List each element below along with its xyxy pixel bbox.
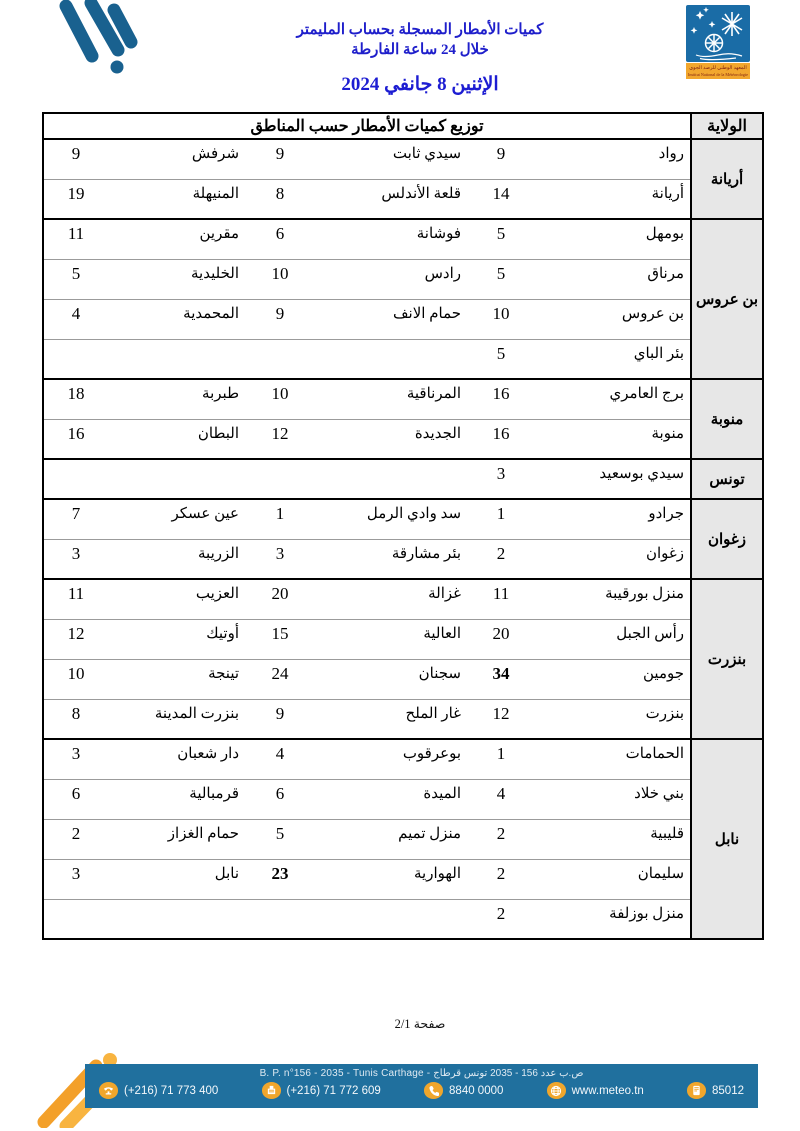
footer-address: B. P. n°156 - 2035 - Tunis Carthage - ص.…: [85, 1064, 758, 1079]
table-row: أريانةرواد9سيدي ثابت9شرفش9: [43, 139, 763, 179]
station-name-cell: منوبة: [535, 419, 691, 459]
station-name-cell: المنيهلة: [108, 179, 245, 219]
station-name-cell: الحمامات: [535, 739, 691, 779]
rainfall-value-cell: 3: [467, 459, 535, 499]
rainfall-report-page: { "header": { "title_line1": "كميات الأم…: [0, 0, 800, 1131]
station-name-cell: بئر الباي: [535, 339, 691, 379]
rainfall-value-cell: 1: [245, 499, 315, 539]
rainfall-value-cell: 10: [467, 299, 535, 339]
rainfall-table: الولاية توزيع كميات الأمطار حسب المناطق …: [42, 112, 764, 940]
rainfall-value-cell: 6: [245, 779, 315, 819]
contact-text: 8840 0000: [449, 1085, 503, 1097]
table-row: زغوان2بئر مشارقة3الزريبة3: [43, 539, 763, 579]
station-name-cell: رواد: [535, 139, 691, 179]
table-row: منوبة16الجديدة12البطان16: [43, 419, 763, 459]
station-name-cell: أوتيك: [108, 619, 245, 659]
table-row: قليبية2منزل تميم5حمام الغزاز2: [43, 819, 763, 859]
station-name-cell: بئر مشارقة: [315, 539, 467, 579]
station-name-cell: جرادو: [535, 499, 691, 539]
table-row: منزل بوزلفة2: [43, 899, 763, 939]
station-name-cell: المرناقية: [315, 379, 467, 419]
station-name-cell: سجنان: [315, 659, 467, 699]
table-row: بنزرتمنزل بورقيبة11غزالة20العزيب11: [43, 579, 763, 619]
station-name-cell: برج العامري: [535, 379, 691, 419]
station-name-cell: مقرين: [108, 219, 245, 259]
station-name-cell: قرمبالية: [108, 779, 245, 819]
station-name-cell: بني خلاد: [535, 779, 691, 819]
contact-text: 85012: [712, 1085, 744, 1097]
rainfall-value-cell: 2: [43, 819, 108, 859]
rainfall-value-cell: 1: [467, 739, 535, 779]
rainfall-value-cell: 1: [467, 499, 535, 539]
station-name-cell: شرفش: [108, 139, 245, 179]
station-name-cell: [315, 339, 467, 379]
rainfall-value-cell: 16: [467, 419, 535, 459]
fax-icon: [262, 1082, 281, 1099]
rainfall-value-cell: 6: [43, 779, 108, 819]
table-row: نابلالحمامات1بوعرقوب4دار شعبان3: [43, 739, 763, 779]
station-name-cell: طبربة: [108, 379, 245, 419]
table-row: تونسسيدي بوسعيد3: [43, 459, 763, 499]
rainfall-value-cell: 2: [467, 859, 535, 899]
station-name-cell: غار الملح: [315, 699, 467, 739]
footer-address-french: B. P. n°156 - 2035 - Tunis Carthage -: [260, 1068, 434, 1079]
station-name-cell: حمام الغزاز: [108, 819, 245, 859]
station-name-cell: الهوارية: [315, 859, 467, 899]
rainfall-value-cell: 9: [245, 139, 315, 179]
station-name-cell: بوعرقوب: [315, 739, 467, 779]
rainfall-value-cell: 11: [43, 579, 108, 619]
rainfall-value-cell: 3: [43, 859, 108, 899]
station-name-cell: أريانة: [535, 179, 691, 219]
rainfall-value-cell: 16: [467, 379, 535, 419]
rainfall-value-cell: 2: [467, 819, 535, 859]
report-title-line2: خلال 24 ساعة الفارطة: [170, 40, 670, 60]
globe-icon: [547, 1082, 566, 1099]
rainfall-value-cell: 5: [467, 259, 535, 299]
table-row: زغوانجرادو1سد وادي الرمل1عين عسكر7: [43, 499, 763, 539]
governorate-cell: بنزرت: [691, 579, 763, 739]
rainfall-value-cell: 34: [467, 659, 535, 699]
rainfall-value-cell: 16: [43, 419, 108, 459]
governorate-cell: تونس: [691, 459, 763, 499]
rainfall-value-cell: [245, 899, 315, 939]
table-row: سليمان2الهوارية23نابل3: [43, 859, 763, 899]
station-name-cell: البطان: [108, 419, 245, 459]
rainfall-value-cell: 9: [245, 699, 315, 739]
table-row: بنزرت12غار الملح9بنزرت المدينة8: [43, 699, 763, 739]
rainfall-value-cell: 8: [245, 179, 315, 219]
rainfall-value-cell: 24: [245, 659, 315, 699]
rainfall-value-cell: 10: [43, 659, 108, 699]
governorate-cell: بن عروس: [691, 219, 763, 379]
station-name-cell: تينجة: [108, 659, 245, 699]
table-row: جومين34سجنان24تينجة10: [43, 659, 763, 699]
contact-text: (+216) 71 773 400: [124, 1085, 218, 1097]
rainfall-value-cell: 20: [245, 579, 315, 619]
station-name-cell: الجديدة: [315, 419, 467, 459]
governorate-cell: زغوان: [691, 499, 763, 579]
table-row: أريانة14قلعة الأندلس8المنيهلة19: [43, 179, 763, 219]
footer-contact-item: (+216) 71 772 609: [262, 1082, 381, 1099]
rainfall-value-cell: 2: [467, 899, 535, 939]
rainfall-value-cell: 4: [43, 299, 108, 339]
logo-caption-french: Institut National de la Météorologie: [688, 72, 748, 77]
station-name-cell: بنزرت: [535, 699, 691, 739]
station-name-cell: سليمان: [535, 859, 691, 899]
table-row: مرناق5رادس10الخليدية5: [43, 259, 763, 299]
rainfall-value-cell: 4: [467, 779, 535, 819]
rainfall-value-cell: 4: [245, 739, 315, 779]
station-name-cell: منزل تميم: [315, 819, 467, 859]
rainfall-value-cell: 18: [43, 379, 108, 419]
station-name-cell: الميدة: [315, 779, 467, 819]
logo-dot: [111, 61, 124, 74]
table-row: منوبةبرج العامري16المرناقية10طبربة18: [43, 379, 763, 419]
station-name-cell: [315, 459, 467, 499]
rainfall-value-cell: 8: [43, 699, 108, 739]
rainfall-value-cell: 19: [43, 179, 108, 219]
footer-contact-item: 8840 0000: [424, 1082, 503, 1099]
table-row: بئر الباي5: [43, 339, 763, 379]
station-name-cell: بن عروس: [535, 299, 691, 339]
rainfall-value-cell: 5: [467, 219, 535, 259]
station-name-cell: زغوان: [535, 539, 691, 579]
table-row: بني خلاد4الميدة6قرمبالية6: [43, 779, 763, 819]
page-number-label: صفحة 2/1: [0, 1016, 800, 1032]
rainfall-value-cell: 11: [43, 219, 108, 259]
station-name-cell: عين عسكر: [108, 499, 245, 539]
rainfall-value-cell: 11: [467, 579, 535, 619]
station-name-cell: حمام الانف: [315, 299, 467, 339]
station-name-cell: قلعة الأندلس: [315, 179, 467, 219]
report-title-line1: كميات الأمطار المسجلة بحساب المليمتر: [170, 20, 670, 40]
rainfall-value-cell: 9: [43, 139, 108, 179]
rainfall-value-cell: 15: [245, 619, 315, 659]
station-name-cell: دار شعبان: [108, 739, 245, 779]
station-name-cell: بنزرت المدينة: [108, 699, 245, 739]
station-name-cell: غزالة: [315, 579, 467, 619]
report-header: كميات الأمطار المسجلة بحساب المليمتر خلا…: [170, 20, 670, 96]
rainfall-value-cell: 20: [467, 619, 535, 659]
logo-caption-arabic: المعهد الوطني للرصد الجوي: [689, 65, 747, 71]
governorate-cell: منوبة: [691, 379, 763, 459]
contact-text: www.meteo.tn: [572, 1085, 644, 1097]
rainfall-value-cell: 5: [43, 259, 108, 299]
station-name-cell: نابل: [108, 859, 245, 899]
rainfall-value-cell: 23: [245, 859, 315, 899]
station-name-cell: فوشانة: [315, 219, 467, 259]
rainfall-value-cell: 6: [245, 219, 315, 259]
governorate-cell: أريانة: [691, 139, 763, 219]
station-name-cell: رأس الجبل: [535, 619, 691, 659]
station-name-cell: العزيب: [108, 579, 245, 619]
table-row: رأس الجبل20العالية15أوتيك12: [43, 619, 763, 659]
station-name-cell: منزل بوزلفة: [535, 899, 691, 939]
station-name-cell: الزريبة: [108, 539, 245, 579]
rainfall-value-cell: 12: [467, 699, 535, 739]
table-row: بن عروسبومهل5فوشانة6مقرين11: [43, 219, 763, 259]
footer-contact-item: 85012: [687, 1082, 744, 1099]
footer-contact-item: www.meteo.tn: [547, 1082, 644, 1099]
station-name-cell: العالية: [315, 619, 467, 659]
sms-icon: [687, 1082, 706, 1099]
rainfall-table-container: الولاية توزيع كميات الأمطار حسب المناطق …: [42, 112, 764, 940]
station-name-cell: سيدي ثابت: [315, 139, 467, 179]
station-name-cell: رادس: [315, 259, 467, 299]
rainfall-value-cell: [245, 459, 315, 499]
station-name-cell: مرناق: [535, 259, 691, 299]
footer-band: B. P. n°156 - 2035 - Tunis Carthage - ص.…: [85, 1064, 758, 1108]
rainfall-value-cell: 9: [467, 139, 535, 179]
station-name-cell: سد وادي الرمل: [315, 499, 467, 539]
table-header-row: الولاية توزيع كميات الأمطار حسب المناطق: [43, 113, 763, 139]
rainfall-value-cell: [245, 339, 315, 379]
phone-handset-icon: [424, 1082, 443, 1099]
telephone-icon: [99, 1082, 118, 1099]
station-name-cell: [108, 339, 245, 379]
rainfall-value-cell: 2: [467, 539, 535, 579]
footer-contacts: (+216) 71 773 400(+216) 71 772 6098840 0…: [85, 1079, 758, 1099]
rainfall-value-cell: 5: [245, 819, 315, 859]
rainfall-value-cell: [43, 339, 108, 379]
distribution-header: توزيع كميات الأمطار حسب المناطق: [43, 113, 691, 139]
table-row: بن عروس10حمام الانف9المحمدية4: [43, 299, 763, 339]
rainfall-value-cell: 9: [245, 299, 315, 339]
rainfall-value-cell: 3: [43, 739, 108, 779]
station-name-cell: جومين: [535, 659, 691, 699]
station-name-cell: الخليدية: [108, 259, 245, 299]
station-name-cell: [108, 459, 245, 499]
footer-contact-item: (+216) 71 773 400: [99, 1082, 218, 1099]
rainfall-value-cell: 5: [467, 339, 535, 379]
contact-text: (+216) 71 772 609: [287, 1085, 381, 1097]
rainfall-value-cell: 10: [245, 379, 315, 419]
rainfall-value-cell: 10: [245, 259, 315, 299]
letterhead-rain-strokes-logo: [30, 0, 140, 90]
rainfall-value-cell: 3: [43, 539, 108, 579]
rainfall-value-cell: 12: [245, 419, 315, 459]
station-name-cell: قليبية: [535, 819, 691, 859]
station-name-cell: منزل بورقيبة: [535, 579, 691, 619]
governorate-cell: نابل: [691, 739, 763, 939]
station-name-cell: [108, 899, 245, 939]
station-name-cell: سيدي بوسعيد: [535, 459, 691, 499]
rainfall-value-cell: 14: [467, 179, 535, 219]
inm-institute-logo: المعهد الوطني للرصد الجوي Institut Natio…: [686, 5, 752, 83]
rainfall-value-cell: [43, 899, 108, 939]
rainfall-value-cell: [43, 459, 108, 499]
report-date: الإثنين 8 جانفي 2024: [170, 73, 670, 96]
station-name-cell: المحمدية: [108, 299, 245, 339]
governorate-column-header: الولاية: [691, 113, 763, 139]
rainfall-value-cell: 12: [43, 619, 108, 659]
rainfall-value-cell: 7: [43, 499, 108, 539]
station-name-cell: [315, 899, 467, 939]
rainfall-value-cell: 3: [245, 539, 315, 579]
station-name-cell: بومهل: [535, 219, 691, 259]
footer-address-arabic: ص.ب عدد 156 - 2035 تونس قرطاج: [433, 1068, 583, 1079]
